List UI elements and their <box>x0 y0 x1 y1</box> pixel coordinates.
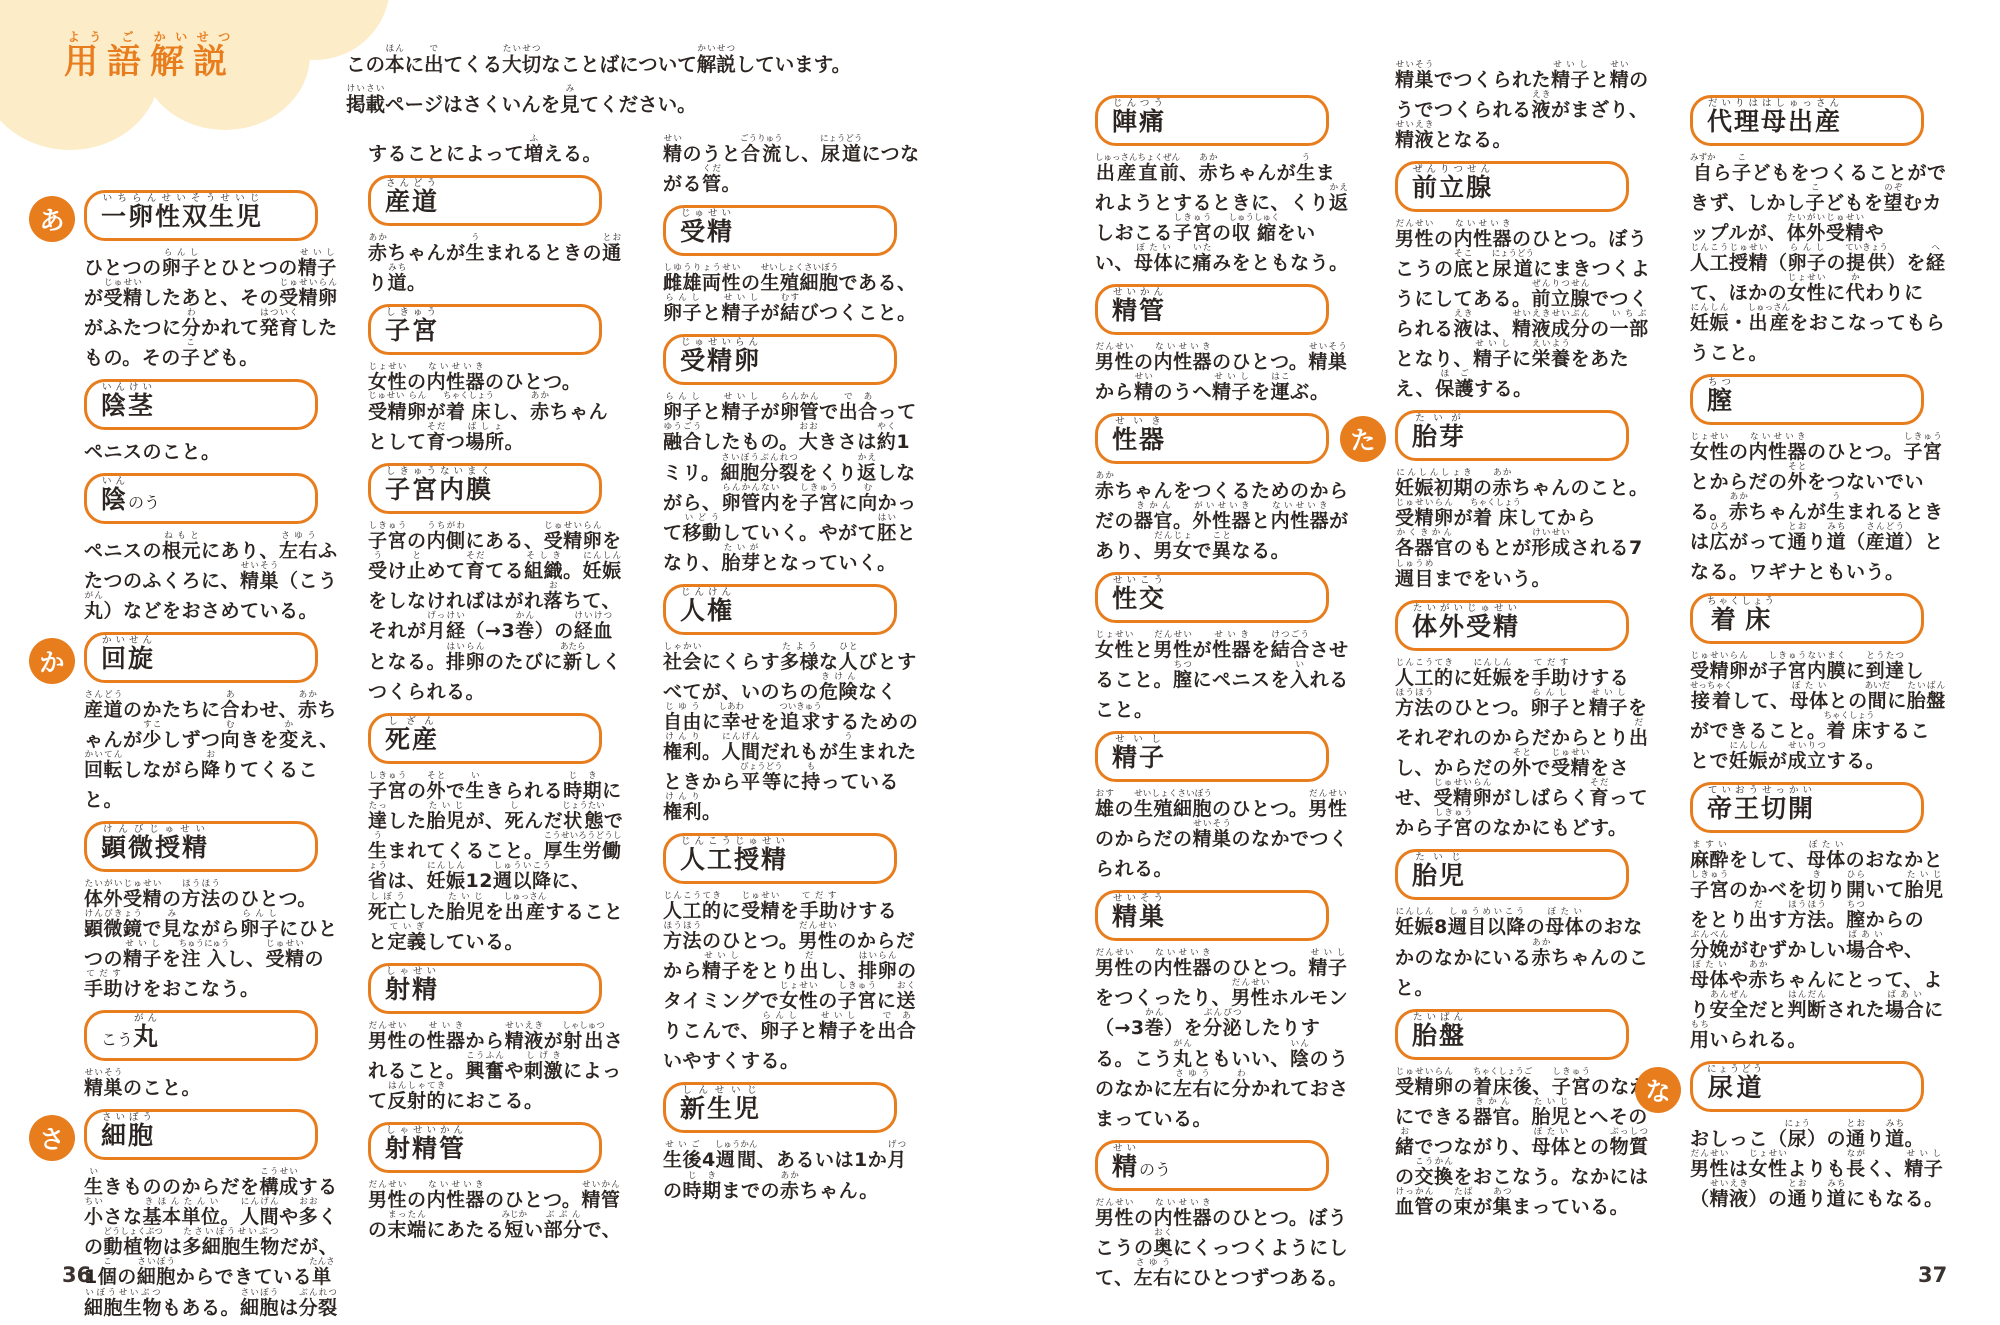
definition: 女性じょせいと男性だんせいが性器せいきを結合けつごうさせること。膣ちつにペニスを… <box>1095 630 1353 725</box>
definition: 雄おすの生殖細胞せいしょくさいぼうのひとつ。男性だんせいのからだの精巣せいそうの… <box>1095 789 1353 884</box>
index-marker-さ: さ <box>29 1115 75 1161</box>
glossary-entry: 性交せいこう女性じょせいと男性だんせいが性器せいきを結合けつごうさせること。膣ち… <box>1095 572 1353 725</box>
glossary-entry: 精せいのう男性だんせいの内性器ないせいきのひとつ。ぼうこうの奥おくにくっつくよう… <box>1095 1140 1353 1293</box>
definition: 社会しゃかいにくらす多様たような人ひとびとすべてが、いのちの危険きけんなく自由じ… <box>663 642 921 827</box>
definition: 子宮しきゅうの内側うちがわにある、受精卵じゅせいらんを受うけ止とめて育そだてる組… <box>368 521 626 707</box>
column-3: 精せいのうと合流ごうりゅうし、尿道にょうどうにつながる管くだ。受精じゅせい雌雄両… <box>663 130 921 1212</box>
definition: 受精卵じゅせいらんの着床後ちゃくしょうご、子宮しきゅうのなかにできる器官きかん。… <box>1395 1067 1653 1222</box>
glossary-entry: 死産しざん子宮しきゅうの外そとで生いきられる時期じきに達たっした胎児たいじが、死… <box>368 713 626 957</box>
definition: 男性だんせいの内性器ないせいきのひとつ。ぼうこうの底そこと尿道にょうどうにまきつ… <box>1395 219 1653 404</box>
term-box: 精子せいし <box>1095 731 1329 782</box>
term-box: 精管せいかん <box>1095 284 1329 335</box>
definition: 生後せいご4週間しゅうかん、あるいは1か月げつの時期じきまでの赤あかちゃん。 <box>663 1140 921 1206</box>
definition: 人工的じんこうてきに受精じゅせいを手助てだすけする方法ほうほうのひとつ。男性だん… <box>663 891 921 1076</box>
glossary-entry: 体外受精たいがいじゅせい人工的じんこうてきに妊娠にんしんを手助てだすけする方法ほ… <box>1395 600 1653 843</box>
glossary-spread: 用よう語ご解かい説せつ この本ほんに出でてくる大切たいせつなことばについて解説か… <box>0 0 2000 1325</box>
term-box: 子宮内膜しきゅうないまく <box>368 463 602 514</box>
definition: 男性だんせいの内性器ないせいきのひとつ。精子せいしをつくったり、男性だんせいホル… <box>1095 948 1353 1134</box>
term-box: 尿道にょうどうな <box>1690 1061 1924 1112</box>
term-box: 人権じんけん <box>663 584 897 635</box>
definition: 男性だんせいの内性器ないせいきのひとつ。ぼうこうの奥おくにくっつくようにして、左… <box>1095 1198 1353 1293</box>
intro-line-1: この本ほんに出でてくる大切たいせつなことばについて解説かいせつしています。 <box>346 53 851 76</box>
index-marker-あ: あ <box>29 196 75 242</box>
glossary-entry: 射精しゃせい男性だんせいの性器せいきから精液せいえきが射出しゃしゅつされること。… <box>368 963 626 1116</box>
glossary-entry: 胎児たいじ妊娠にんしん8週目以降しゅうめいこうの母体ぼたいのおなかのなかにいる赤… <box>1395 849 1653 1003</box>
definition: 男性だんせいの内性器ないせいきのひとつ。精管せいかんの末端まったんにあたる短みじ… <box>368 1180 626 1245</box>
definition: 子宮しきゅうの外そとで生いきられる時期じきに達たっした胎児たいじが、死しんだ状態… <box>368 771 626 957</box>
term-box: 陣痛じんつう <box>1095 95 1329 146</box>
term-box: 性器せいき <box>1095 413 1329 464</box>
definition: 妊娠にんしん8週目以降しゅうめいこうの母体ぼたいのおなかのなかにいる赤あかちゃん… <box>1395 907 1653 1003</box>
definition: 女性じょせいの内性器ないせいきのひとつ。子宮しきゅうとからだの外そとをつないでい… <box>1690 432 1948 587</box>
glossary-entry: 一卵性双生児いちらんせいそうせいじあひとつの卵子らんしとひとつの精子せいしが受精… <box>84 190 342 373</box>
glossary-entry: 精巣せいそう男性だんせいの内性器ないせいきのひとつ。精子せいしをつくったり、男性… <box>1095 890 1353 1134</box>
glossary-entry: 前立腺ぜんりつせん男性だんせいの内性器ないせいきのひとつ。ぼうこうの底そこと尿道… <box>1395 161 1653 404</box>
glossary-entry: こう丸がん精巣せいそうのこと。 <box>84 1010 342 1103</box>
column-2: することによって増ふえる。産道さんどう赤あかちゃんが生うまれるときの通とおり道み… <box>368 130 626 1251</box>
term-box: 射精管しゃせいかん <box>368 1122 602 1173</box>
definition: 妊娠初期にんしんしょきの赤あかちゃんのこと。受精卵じゅせいらんが着床ちゃくしょう… <box>1395 468 1653 594</box>
term-box: 帝王切開ていおうせっかい <box>1690 782 1924 833</box>
index-marker-な: な <box>1635 1067 1681 1113</box>
glossary-entry: 産道さんどう赤あかちゃんが生うまれるときの通とおり道みち。 <box>368 175 626 298</box>
term-box: 体外受精たいがいじゅせい <box>1395 600 1629 651</box>
glossary-entry: 受精じゅせい雌雄両性しゆうりょうせいの生殖細胞せいしょくさいぼうである、卵子らん… <box>663 205 921 328</box>
page-title: 用よう語ご解かい説せつ <box>64 30 236 81</box>
definition: 出産直前しゅっさんちょくぜん、赤あかちゃんが生うまれようとするときに、くり返かえ… <box>1095 153 1353 278</box>
term-box: 膣ちつ <box>1690 374 1924 425</box>
column-6: 代理母出産だいりははしゅっさん自みずから子こどもをつくることができず、しかし子こ… <box>1690 90 1948 1220</box>
term-box: 顕微授精けんびじゅせい <box>84 821 318 872</box>
term-box: 一卵性双生児いちらんせいそうせいじあ <box>84 190 318 241</box>
definition: 麻酔ますいをして、母体ぼたいのおなかと子宮しきゅうのかべを切きり開ひらいて胎児た… <box>1690 840 1948 1055</box>
definition: 産道さんどうのかたちに合あわせ、赤あかちゃんが少すこしずつ向むきを変かえ、回転か… <box>84 690 342 815</box>
term-box: 陰茎いんけい <box>84 379 318 430</box>
term-box: 新生児しんせいじ <box>663 1082 897 1133</box>
glossary-entry: 帝王切開ていおうせっかい麻酔ますいをして、母体ぼたいのおなかと子宮しきゅうのかべ… <box>1690 782 1948 1055</box>
definition: 体外受精たいがいじゅせいの方法ほうほうのひとつ。顕微鏡けんびきょうで見みながら卵… <box>84 879 342 1004</box>
definition-continued: 精巣せいそうでつくられた精子せいしと精せいのうでつくられる液えきがまざり、精液せ… <box>1395 60 1653 155</box>
glossary-entry: 代理母出産だいりははしゅっさん自みずから子こどもをつくることができず、しかし子こ… <box>1690 95 1948 368</box>
term-box: 受精卵じゅせいらん <box>663 334 897 385</box>
definition: ペニスのこと。 <box>84 437 342 467</box>
page-number-right: 37 <box>1918 1263 1947 1287</box>
definition-continued: 精せいのうと合流ごうりゅうし、尿道にょうどうにつながる管くだ。 <box>663 134 921 199</box>
definition: ひとつの卵子らんしとひとつの精子せいしが受精じゅせいしたあと、その受精卵じゅせい… <box>84 248 342 373</box>
glossary-entry: 子宮内膜しきゅうないまく子宮しきゅうの内側うちがわにある、受精卵じゅせいらんを受… <box>368 463 626 707</box>
glossary-entry: 性器せいき赤あかちゃんをつくるためのからだの器官きかん。外性器がいせいきと内性器… <box>1095 413 1353 566</box>
definition: 赤あかちゃんをつくるためのからだの器官きかん。外性器がいせいきと内性器ないせいき… <box>1095 471 1353 566</box>
definition: 自みずから子こどもをつくることができず、しかし子こどもを望のぞむカップルが、体外… <box>1690 153 1948 368</box>
glossary-entry: 膣ちつ女性じょせいの内性器ないせいきのひとつ。子宮しきゅうとからだの外そとをつな… <box>1690 374 1948 587</box>
term-box: 胎児たいじ <box>1395 849 1629 900</box>
term-box: 産道さんどう <box>368 175 602 226</box>
term-box: 精巣せいそう <box>1095 890 1329 941</box>
glossary-entry: 陰茎いんけいペニスのこと。 <box>84 379 342 467</box>
term-box: 子宮しきゅう <box>368 304 602 355</box>
definition: おしっこ（尿にょう）の通とおり道みち。男性だんせいは女性じょせいよりも長ながく、… <box>1690 1119 1948 1214</box>
definition: 赤あかちゃんが生うまれるときの通とおり道みち。 <box>368 233 626 298</box>
term-box: 受精じゅせい <box>663 205 897 256</box>
definition: 受精卵じゅせいらんが子宮内膜しきゅうないまくに到達とうたつし接着せっちゃくして、… <box>1690 651 1948 776</box>
definition: 卵子らんしと精子せいしが卵管らんかんで出合であって融合ゆうごうしたもの。大おおき… <box>663 392 921 578</box>
term-box: 陰いんのう <box>84 473 318 524</box>
glossary-entry: 子宮しきゅう女性じょせいの内性器ないせいきのひとつ。受精卵じゅせい らんが着床ち… <box>368 304 626 457</box>
glossary-entry: 人工授精じんこうじゅせい人工的じんこうてきに受精じゅせいを手助てだすけする方法ほ… <box>663 833 921 1076</box>
glossary-entry: 陰いんのうペニスの根元ねもとにあり、左右さゆうふたつのふくろに、精巣せいそう（こ… <box>84 473 342 626</box>
term-box: 回旋かいせんか <box>84 632 318 683</box>
intro-line-2: 掲載けいさいページはさくいんを見みてください。 <box>346 93 697 116</box>
glossary-entry: 顕微授精けんびじゅせい体外受精たいがいじゅせいの方法ほうほうのひとつ。顕微鏡けん… <box>84 821 342 1004</box>
definition: ペニスの根元ねもとにあり、左右さゆうふたつのふくろに、精巣せいそう（こう丸がん）… <box>84 531 342 626</box>
glossary-entry: 精子せいし雄おすの生殖細胞せいしょくさいぼうのひとつ。男性だんせいのからだの精巣… <box>1095 731 1353 884</box>
glossary-entry: 新生児しんせいじ生後せいご4週間しゅうかん、あるいは1か月げつの時期じきまでの赤… <box>663 1082 921 1206</box>
glossary-entry: 人権じんけん社会しゃかいにくらす多様たような人ひとびとすべてが、いのちの危険きけ… <box>663 584 921 827</box>
term-box: 胎盤たいばん <box>1395 1009 1629 1060</box>
glossary-entry: 胎芽たいがた妊娠初期にんしんしょきの赤あかちゃんのこと。受精卵じゅせいらんが着床… <box>1395 410 1653 594</box>
definition: 雌雄両性しゆうりょうせいの生殖細胞せいしょくさいぼうである、卵子らんしと精子せい… <box>663 263 921 328</box>
glossary-entry: 尿道にょうどうなおしっこ（尿にょう）の通とおり道みち。男性だんせいは女性じょせい… <box>1690 1061 1948 1214</box>
index-marker-か: か <box>29 638 75 684</box>
definition: 男性だんせいの内性器ないせいきのひとつ。精巣せいそうから精せいのうへ精子せいしを… <box>1095 342 1353 407</box>
term-box: 人工授精じんこうじゅせい <box>663 833 897 884</box>
term-box: 代理母出産だいりははしゅっさん <box>1690 95 1924 146</box>
intro-text: この本ほんに出でてくる大切たいせつなことばについて解説かいせつしています。掲載け… <box>346 44 851 125</box>
glossary-entry: 精管せいかん男性だんせいの内性器ないせいきのひとつ。精巣せいそうから精せいのうへ… <box>1095 284 1353 407</box>
column-5: 精巣せいそうでつくられた精子せいしと精せいのうでつくられる液えきがまざり、精液せ… <box>1395 56 1653 1228</box>
term-box: 胎芽たいがた <box>1395 410 1629 461</box>
column-4: 陣痛じんつう出産直前しゅっさんちょくぜん、赤あかちゃんが生うまれようとするときに… <box>1095 90 1353 1299</box>
term-box: 性交せいこう <box>1095 572 1329 623</box>
page-number-left: 36 <box>62 1263 91 1287</box>
definition: 女性じょせいの内性器ないせいきのひとつ。受精卵じゅせい らんが着床ちゃくしょうし… <box>368 362 626 457</box>
definition: 精巣せいそうのこと。 <box>84 1068 342 1103</box>
glossary-entry: 胎盤たいばん受精卵じゅせいらんの着床後ちゃくしょうご、子宮しきゅうのなかにできる… <box>1395 1009 1653 1222</box>
column-1: 一卵性双生児いちらんせいそうせいじあひとつの卵子らんしとひとつの精子せいしが受精… <box>84 185 342 1325</box>
term-box: 精せいのう <box>1095 1140 1329 1191</box>
definition: 人工的じんこうてきに妊娠にんしんを手助てだすけする方法ほうほうのひとつ。卵子らん… <box>1395 658 1653 843</box>
definition-continued: することによって増ふえる。 <box>368 134 626 169</box>
glossary-entry: 細胞さいぼうさ生いきもののからだを構成こうせいする小ちいさな基本単位きほんたんい… <box>84 1109 342 1323</box>
glossary-entry: 射精管しゃせいかん男性だんせいの内性器ないせいきのひとつ。精管せいかんの末端まっ… <box>368 1122 626 1245</box>
term-box: 細胞さいぼうさ <box>84 1109 318 1160</box>
glossary-entry: 受精卵じゅせいらん卵子らんしと精子せいしが卵管らんかんで出合であって融合ゆうごう… <box>663 334 921 578</box>
glossary-entry: 着床ちゃくしょう受精卵じゅせいらんが子宮内膜しきゅうないまくに到達とうたつし接着… <box>1690 593 1948 776</box>
glossary-entry: 回旋かいせんか産道さんどうのかたちに合あわせ、赤あかちゃんが少すこしずつ向むきを… <box>84 632 342 815</box>
definition: 生いきもののからだを構成こうせいする小ちいさな基本単位きほんたんい。人間にんげん… <box>84 1167 342 1323</box>
glossary-entry: 陣痛じんつう出産直前しゅっさんちょくぜん、赤あかちゃんが生うまれようとするときに… <box>1095 95 1353 278</box>
definition: 男性だんせいの性器せいきから精液せいえきが射出しゃしゅつされること。興奮こうふん… <box>368 1021 626 1116</box>
term-box: 死産しざん <box>368 713 602 764</box>
term-box: 前立腺ぜんりつせん <box>1395 161 1629 212</box>
index-marker-た: た <box>1340 416 1386 462</box>
term-box: 射精しゃせい <box>368 963 602 1014</box>
term-box: こう丸がん <box>84 1010 318 1061</box>
term-box: 着床ちゃくしょう <box>1690 593 1924 644</box>
